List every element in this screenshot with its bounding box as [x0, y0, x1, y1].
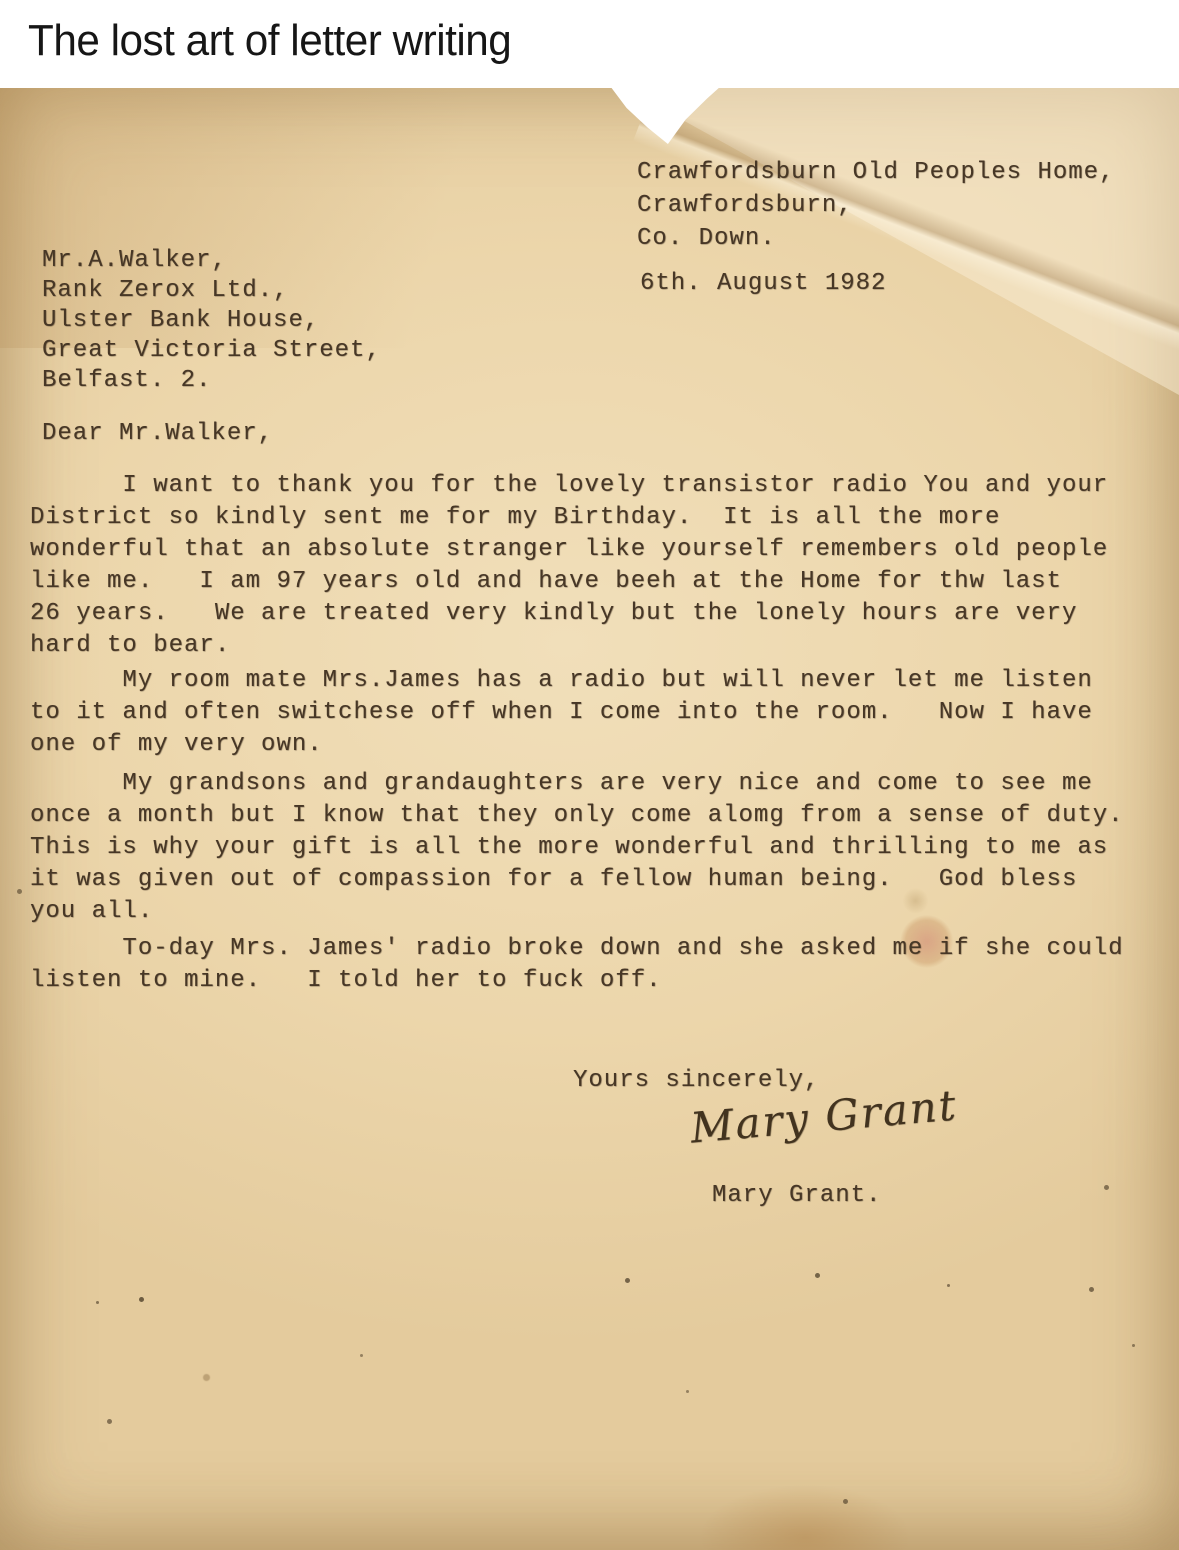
- recipient-address: Mr.A.Walker, Rank Zerox Ltd., Ulster Ban…: [42, 246, 381, 396]
- letter-date: 6th. August 1982: [640, 268, 886, 300]
- salutation: Dear Mr.Walker,: [42, 418, 273, 450]
- letter-paragraph: My grandsons and grandaughters are very …: [30, 768, 1124, 928]
- paper-smudge: [640, 1418, 970, 1550]
- letter-paragraph: I want to thank you for the lovely trans…: [30, 470, 1108, 662]
- paper-specks: [0, 88, 3, 91]
- letter-photo: Crawfordsburn Old Peoples Home, Crawford…: [0, 88, 1179, 1550]
- closing-line: Yours sincerely,: [573, 1065, 819, 1097]
- letter-paragraph: My room mate Mrs.James has a radio but w…: [30, 665, 1093, 761]
- typed-signature: Mary Grant.: [712, 1180, 881, 1212]
- torn-paper-notch: [603, 88, 721, 144]
- letter-paragraph: To-day Mrs. James' radio broke down and …: [30, 933, 1124, 997]
- sender-address: Crawfordsburn Old Peoples Home, Crawford…: [637, 156, 1114, 255]
- page-headline: The lost art of letter writing: [28, 16, 511, 66]
